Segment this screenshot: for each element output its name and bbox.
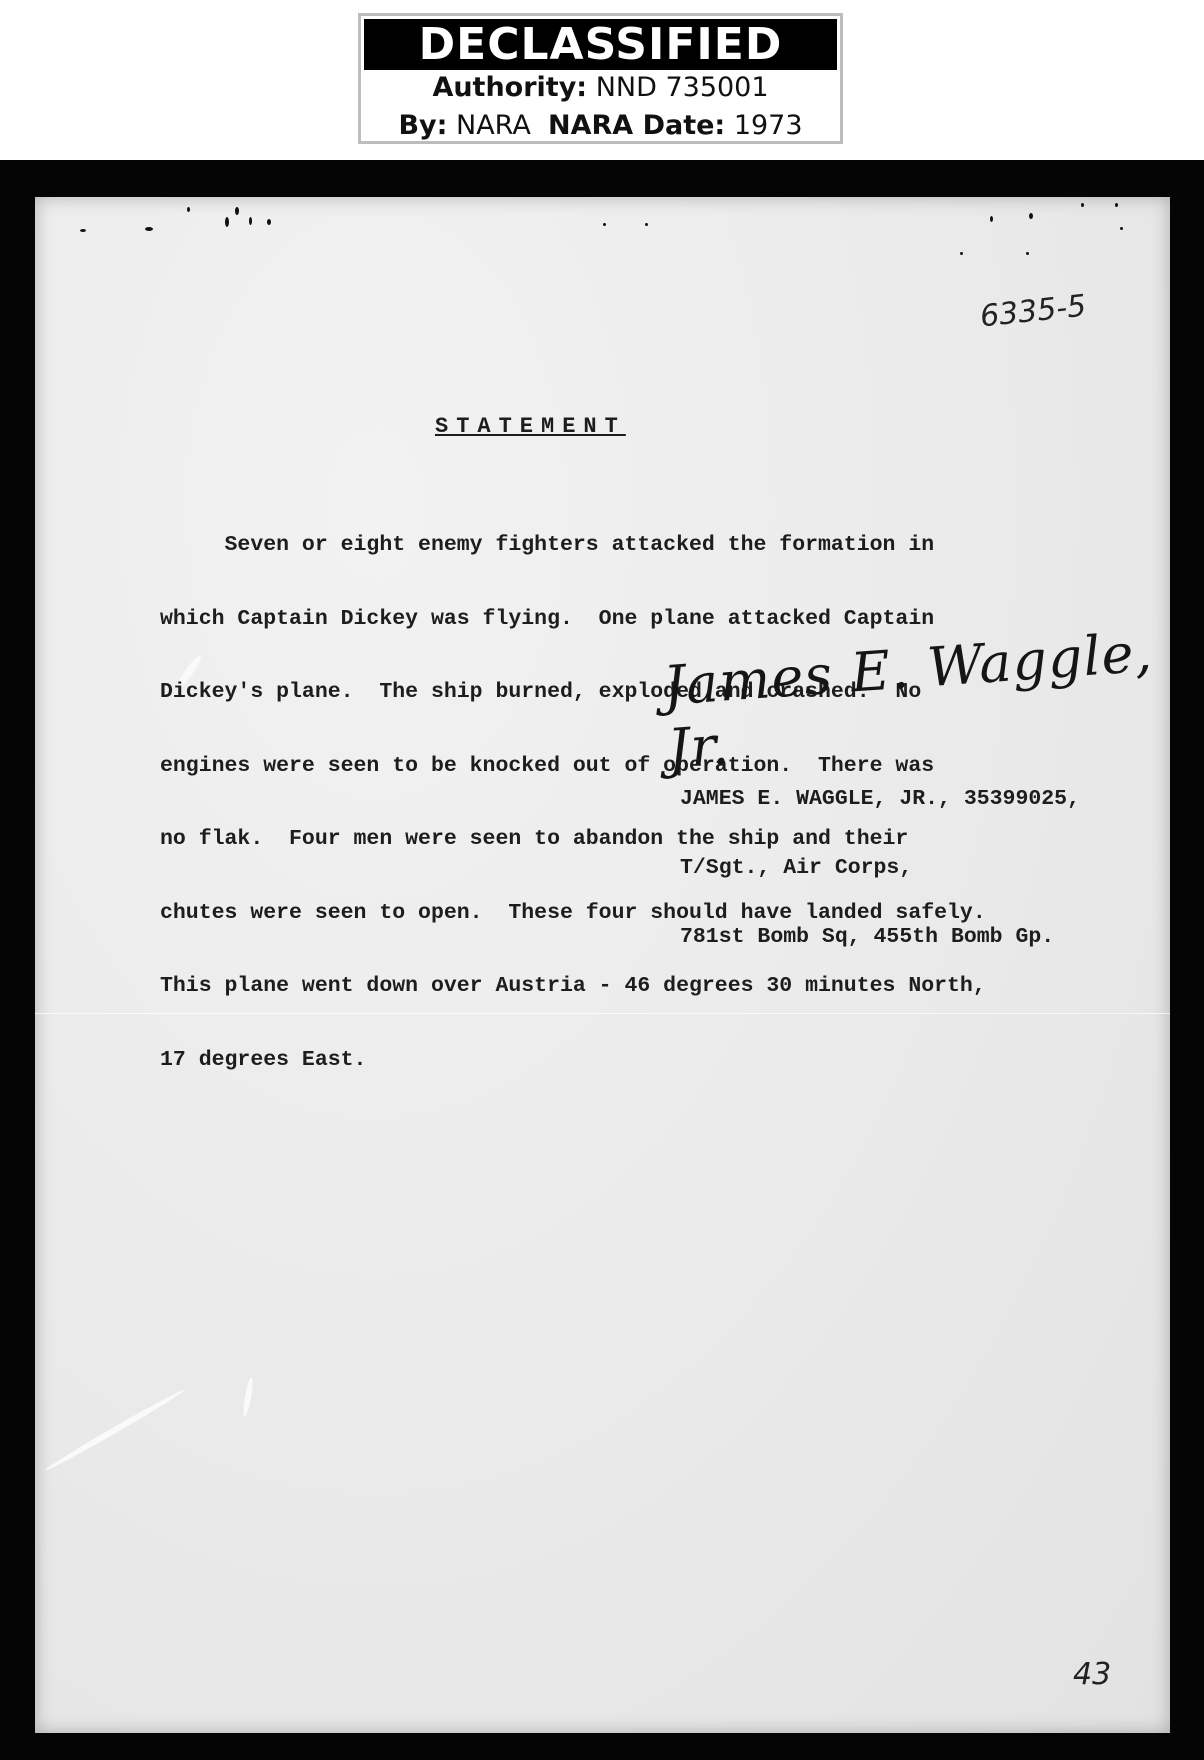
page-number: 43 — [1073, 1657, 1111, 1692]
scan-speck — [187, 207, 190, 212]
body-line: Seven or eight enemy fighters attacked t… — [160, 533, 1120, 558]
date-label: NARA Date: — [548, 110, 725, 141]
scanned-page-frame: 6335-5 STATEMENT Seven or eight enemy fi… — [0, 160, 1204, 1760]
scan-speck — [960, 252, 963, 255]
authority-value: NND 735001 — [596, 72, 769, 103]
body-line: which Captain Dickey was flying. One pla… — [160, 607, 1120, 632]
scan-speck — [645, 223, 648, 226]
stamp-by-date: By: NARA NARA Date: 1973 — [361, 110, 840, 141]
scan-speck — [603, 223, 606, 226]
signature-block: JAMES E. WAGGLE, JR., 35399025, T/Sgt., … — [680, 742, 1080, 995]
scan-scratch — [44, 1387, 186, 1472]
scan-speck — [1120, 227, 1123, 230]
document-paper: 6335-5 STATEMENT Seven or eight enemy fi… — [35, 197, 1170, 1733]
file-number: 6335-5 — [978, 289, 1087, 335]
stamp-authority: Authority: NND 735001 — [361, 72, 840, 103]
scan-speck — [990, 216, 993, 222]
authority-label: Authority: — [432, 72, 587, 103]
scan-speck — [1029, 213, 1033, 219]
by-value: NARA — [456, 110, 531, 141]
scan-speck — [80, 229, 86, 232]
document-title: STATEMENT — [435, 414, 626, 439]
scan-speck — [249, 217, 252, 225]
stamp-title: DECLASSIFIED — [364, 19, 837, 70]
scan-speck — [225, 217, 229, 227]
declassified-stamp: DECLASSIFIED Authority: NND 735001 By: N… — [358, 13, 843, 144]
body-line: 17 degrees East. — [160, 1048, 1120, 1073]
date-value: 1973 — [734, 110, 803, 141]
scan-speck — [1115, 203, 1118, 207]
scan-scratch — [242, 1377, 255, 1417]
signer-unit: 781st Bomb Sq, 455th Bomb Gp. — [680, 926, 1080, 949]
signer-name: JAMES E. WAGGLE, JR., 35399025, — [680, 788, 1080, 811]
scan-speck — [145, 227, 153, 231]
scan-speck — [1081, 203, 1084, 207]
scan-speck — [267, 219, 271, 225]
scan-speck — [1026, 252, 1029, 255]
signer-rank: T/Sgt., Air Corps, — [680, 857, 1080, 880]
scan-speck — [235, 207, 239, 215]
by-label: By: — [398, 110, 447, 141]
